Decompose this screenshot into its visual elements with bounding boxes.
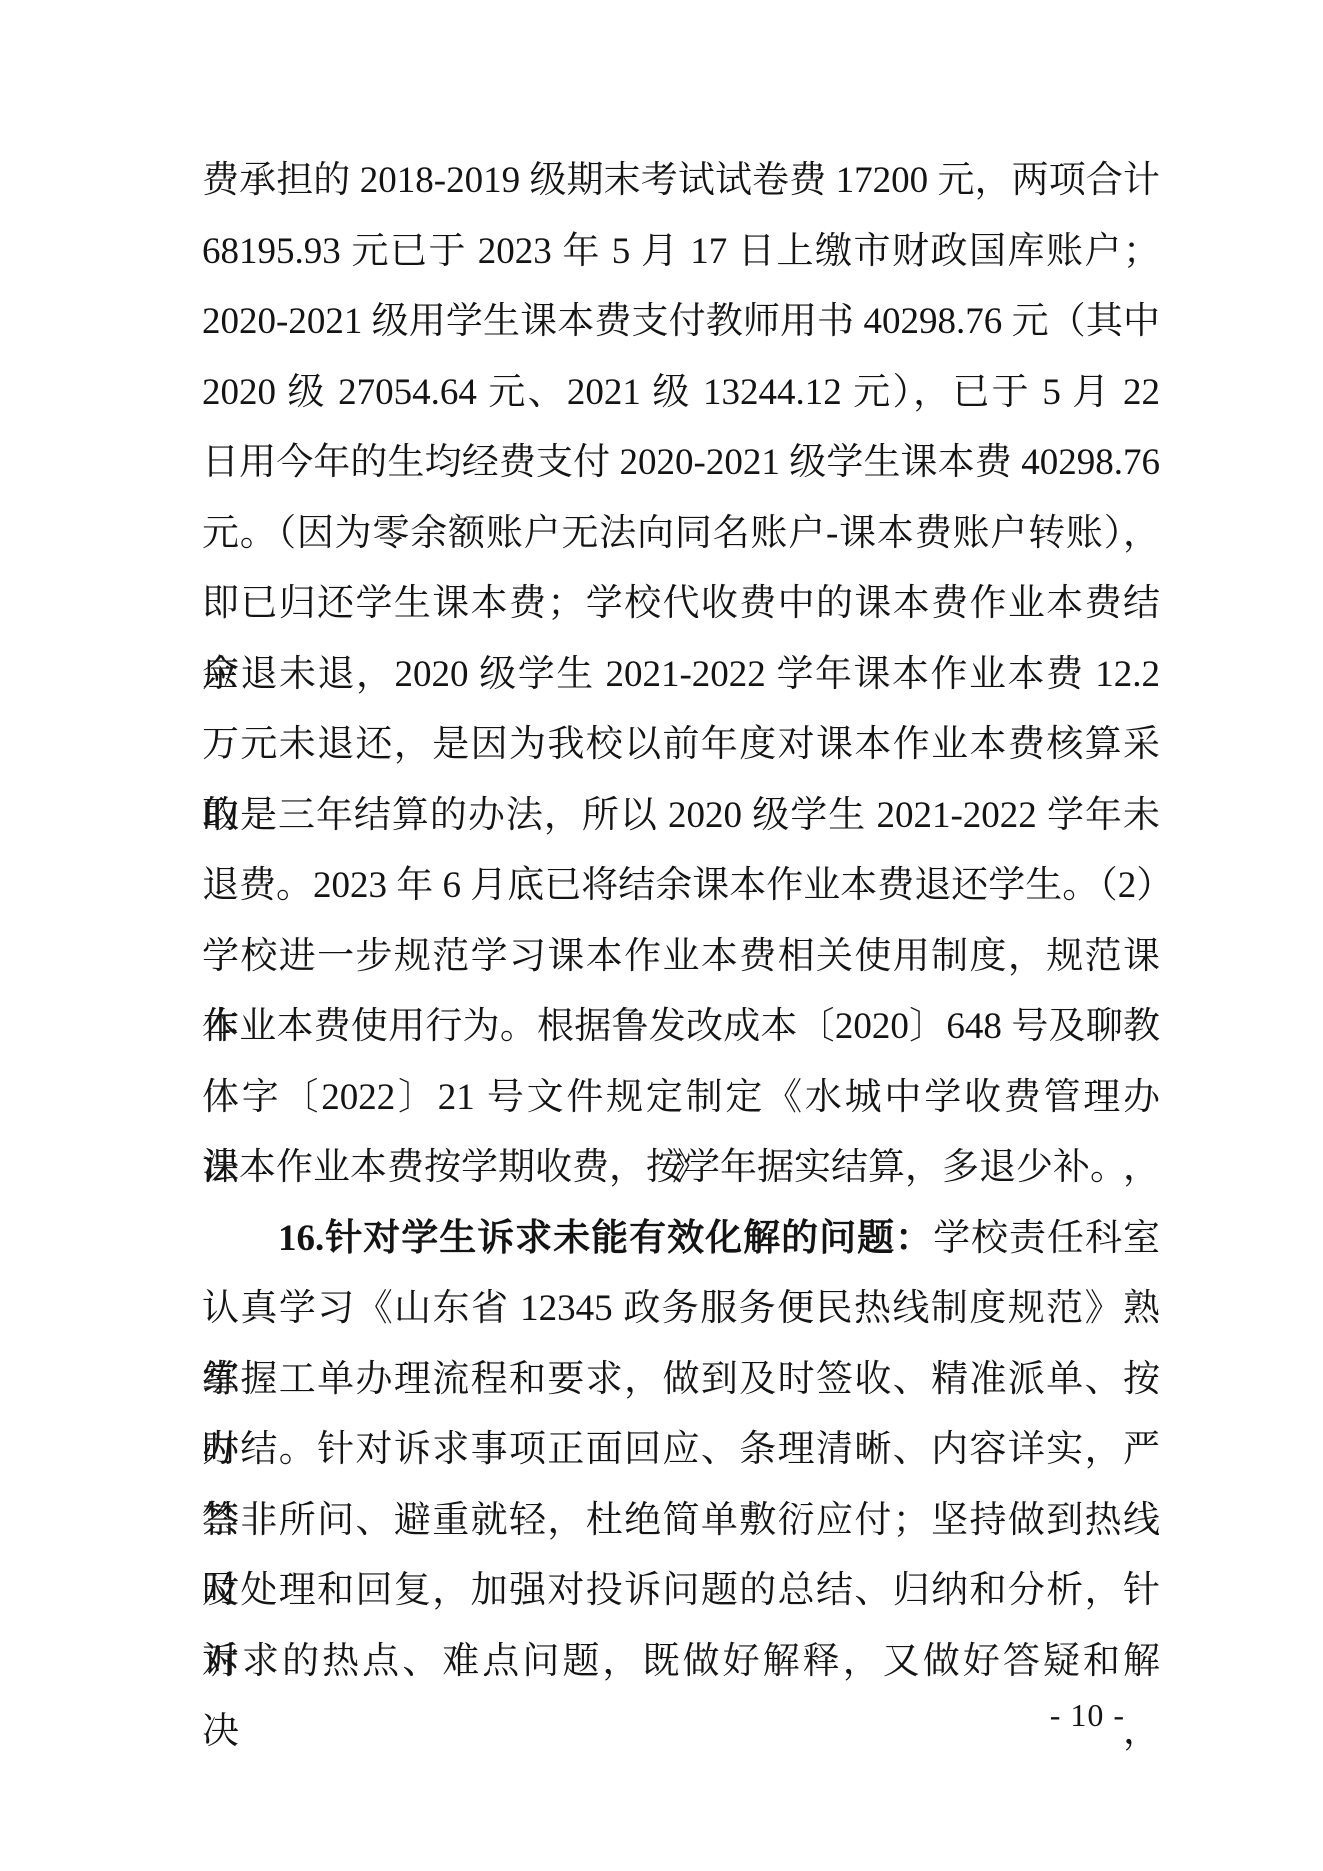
text-line: 万元未退还，是因为我校以前年度对课本作业本费核算采取 bbox=[202, 710, 1160, 781]
body-text: 费承担的 2018-2019 级期末考试试卷费 17200 元，两项合计6819… bbox=[202, 146, 1160, 1697]
text-line: 课本作业本费按学期收费，按学年据实结算，多退少补。 bbox=[202, 1133, 1160, 1204]
text-line: 即已归还学生课本费；学校代收费中的课本费作业本费结余 bbox=[202, 569, 1160, 640]
text-line: 费承担的 2018-2019 级期末考试试卷费 17200 元，两项合计 bbox=[202, 146, 1160, 217]
text-line: 2020-2021 级用学生课本费支付教师用书 40298.76 元（其中 bbox=[202, 287, 1160, 358]
text-line: 日用今年的生均经费支付 2020-2021 级学生课本费 40298.76 bbox=[202, 428, 1160, 499]
text-line: 作业本费使用行为。根据鲁发改成本〔2020〕648 号及聊教 bbox=[202, 992, 1160, 1063]
text-line: 68195.93 元已于 2023 年 5 月 17 日上缴市财政国库账户； bbox=[202, 217, 1160, 288]
text-line: 办结。针对诉求事项正面回应、条理清晰、内容详实，严禁 bbox=[202, 1415, 1160, 1486]
text-line: 诉求的热点、难点问题，既做好解释，又做好答疑和解决， bbox=[202, 1627, 1160, 1698]
text-line: 的是三年结算的办法，所以 2020 级学生 2021-2022 学年未 bbox=[202, 781, 1160, 852]
document-page: 费承担的 2018-2019 级期末考试试卷费 17200 元，两项合计6819… bbox=[0, 0, 1323, 1871]
page-number: - 10 - bbox=[1050, 1698, 1125, 1732]
text-line: 体字〔2022〕21 号文件规定制定《水城中学收费管理办法》， bbox=[202, 1063, 1160, 1134]
text-line: 认真学习《山东省 12345 政务服务便民热线制度规范》熟练 bbox=[202, 1274, 1160, 1345]
text-line: 学校进一步规范学习课本作业本费相关使用制度，规范课本 bbox=[202, 922, 1160, 993]
text-line: 元。（因为零余额账户无法向同名账户-课本费账户转账）， bbox=[202, 499, 1160, 570]
text-line: 退费。2023 年 6 月底已将结余课本作业本费退还学生。（2） bbox=[202, 851, 1160, 922]
text-line: 答非所问、避重就轻，杜绝简单敷衍应付；坚持做到热线及 bbox=[202, 1486, 1160, 1557]
paragraph-lead-bold: 16.针对学生诉求未能有效化解的问题： bbox=[278, 1218, 933, 1259]
text-line: 16.针对学生诉求未能有效化解的问题：学校责任科室 bbox=[202, 1204, 1160, 1275]
text-line: 应退未退，2020 级学生 2021-2022 学年课本作业本费 12.2 bbox=[202, 640, 1160, 711]
text-line: 时处理和回复，加强对投诉问题的总结、归纳和分析，针对 bbox=[202, 1556, 1160, 1627]
text-line: 掌握工单办理流程和要求，做到及时签收、精准派单、按时 bbox=[202, 1345, 1160, 1416]
text-line: 2020 级 27054.64 元、2021 级 13244.12 元），已于 … bbox=[202, 358, 1160, 429]
